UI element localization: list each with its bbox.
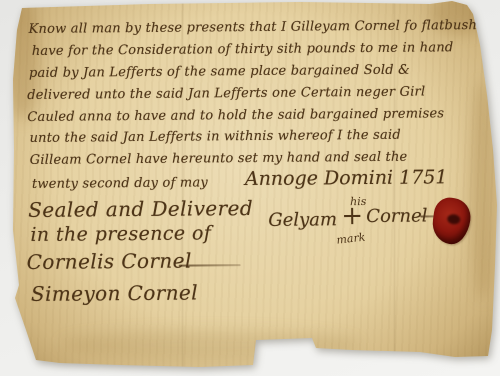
signer-last-name: Cornel [366, 205, 427, 227]
witness-signature-2: Simeyon Cornel [31, 280, 198, 305]
signature-flourish [179, 264, 241, 267]
date-line-large: Annoge Domini 1751 [245, 166, 448, 190]
manuscript-line-3: paid by Jan Lefferts of the same place b… [29, 63, 410, 81]
wax-seal-spot [447, 213, 461, 225]
signature-mark-cross: + [341, 203, 363, 229]
manuscript-line-1: Know all man by these presents that I Gi… [29, 18, 478, 37]
manuscript-line-5: Cauled anna to have and to hold the said… [27, 106, 444, 125]
manuscript-line-2: have for the Consideration of thirty sit… [32, 40, 454, 59]
manuscript-line-4: delivered unto the said Jan Lefferts one… [27, 84, 425, 102]
attestation-line-2: in the presence of [30, 222, 211, 246]
signer-first-name: Gelyam [268, 209, 337, 231]
manuscript-line-7: Gilleam Cornel have hereunto set my hand… [30, 150, 408, 168]
manuscript-line-6: unto the said Jan Lefferts in withnis wh… [29, 128, 400, 146]
signature-mark-word: mark [336, 231, 366, 247]
attestation-line-1: Sealed and Delivered [28, 196, 253, 222]
manuscript-photo: Know all man by these presents that I Gi… [0, 0, 500, 376]
date-line-small: twenty second day of may [32, 175, 208, 192]
manuscript-text: Know all man by these presents that I Gi… [0, 0, 500, 376]
witness-signature-1: Cornelis Cornel [27, 249, 192, 274]
